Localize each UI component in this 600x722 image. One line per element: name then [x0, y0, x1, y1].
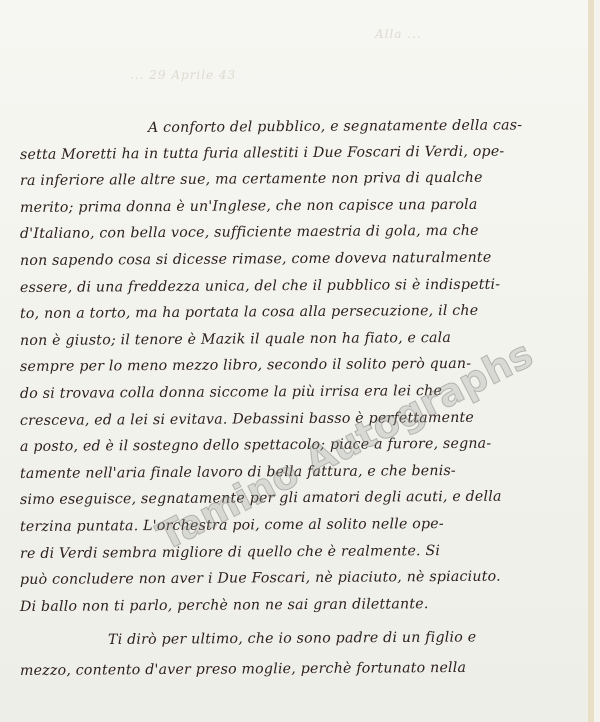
letter-line: può concludere non aver i Due Foscari, n… — [20, 569, 501, 588]
letter-line: merito; prima donna è un'Inglese, che no… — [20, 197, 478, 216]
letter-line: setta Moretti ha in tutta furia allestit… — [20, 143, 505, 162]
letter-line: non sapendo cosa si dicesse rimase, come… — [20, 250, 492, 269]
letter-line: ra inferiore alle altre sue, ma certamen… — [20, 170, 483, 189]
bleed-through-date: ... 29 Aprile 43 — [130, 68, 236, 82]
letter-line: a posto, ed è il sostegno dello spettaco… — [20, 436, 491, 455]
letter-line: mezzo, contento d'aver preso moglie, per… — [20, 660, 466, 679]
letter-line: A conforto del pubblico, e segnatamente … — [148, 117, 522, 136]
bleed-through-header: Alla ... — [375, 27, 422, 41]
letter-line: d'Italiano, con bella voce, sufficiente … — [20, 223, 479, 242]
letter-line: do si trovava colla donna siccome la più… — [20, 383, 442, 402]
letter-line: to, non a torto, ma ha portata la cosa a… — [20, 303, 478, 322]
paper-edge — [588, 0, 594, 722]
letter-line: Di ballo non ti parlo, perchè non ne sai… — [20, 596, 429, 615]
letter-line: sempre per lo meno mezzo libro, secondo … — [20, 356, 471, 375]
letter-line: essere, di una freddezza unica, del che … — [20, 276, 500, 295]
letter-page: Alla ... ... 29 Aprile 43 A conforto del… — [0, 0, 594, 722]
letter-line: non è giusto; il tenore è Mazik il quale… — [20, 330, 451, 349]
letter-line: Ti dirò per ultimo, che io sono padre di… — [108, 629, 476, 648]
letter-line: re di Verdi sembra migliore di quello ch… — [20, 543, 440, 562]
